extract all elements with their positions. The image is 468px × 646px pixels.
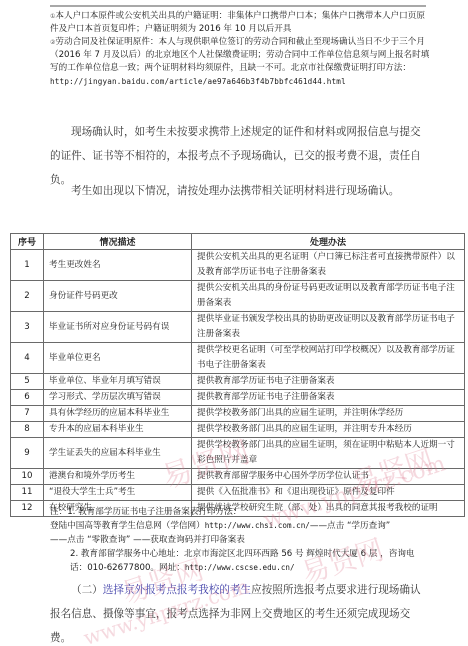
table-row: 2 身份证件号码更改 提供公安机关出具的身份证号码更改证明以及教育部学历证书电子… (11, 281, 465, 312)
table-row: 8 专升本的应届本科毕业生 提供学校教务部门出具的应届生证明，并注明专升本经历 (11, 422, 465, 438)
cell-description: 考生更改姓名 (44, 250, 192, 281)
note-1-prefix: 登陆中国高等教育学生信息网（学信网） (50, 521, 205, 531)
cell-method: 提供公安机关出具的更名证明（户口簿已标注者可直接携带原件）以及教育部学历证书电子… (192, 250, 465, 281)
cell-description: 具有休学经历的应届本科毕业生 (44, 406, 192, 422)
column-header-number: 序号 (11, 234, 44, 250)
table-row: 1 考生更改姓名 提供公安机关出具的更名证明（户口簿已标注者可直接携带原件）以及… (11, 250, 465, 281)
cell-number: 3 (11, 312, 44, 343)
cell-method: 提供教育部留学服务中心国外学历学位认证书 (192, 469, 465, 485)
table-notes: 注：1. 教育部学历证书电子注册备案表打印方法： 登陆中国高等教育学生信息网（学… (50, 505, 430, 575)
cell-number: 7 (11, 406, 44, 422)
cell-description: 身份证件号码更改 (44, 281, 192, 312)
cell-description: 专升本的应届本科毕业生 (44, 422, 192, 438)
cell-number: 10 (11, 469, 44, 485)
cell-number: 4 (11, 343, 44, 374)
cell-number: 2 (11, 281, 44, 312)
situations-table: 序号 情况描述 处理办法 1 考生更改姓名 提供公安机关出具的更名证明（户口簿已… (10, 233, 465, 517)
table-header-row: 序号 情况描述 处理办法 (11, 234, 465, 250)
table-row: 10 港澳台和境外学历考生 提供教育部留学服务中心国外学历学位认证书 (11, 469, 465, 485)
cell-number: 8 (11, 422, 44, 438)
cell-method: 提供毕业证书颁发学校出具的协助更改证明以及教育部学历证书电子注册备案表 (192, 312, 465, 343)
chsi-url-link[interactable]: http://www.chsi.com.cn/ (205, 521, 310, 530)
footnotes: ①本人户口本原件或公安机关出具的户籍证明：非集体户口携带户口本；集体户口携带本人… (50, 10, 430, 88)
column-header-description: 情况描述 (44, 234, 192, 250)
cell-method: 提供《入伍批准书》和《退出现役证》原件及复印件 (192, 485, 465, 501)
note-2: 2. 教育部留学服务中心地址：北京市海淀区北四环西路 56 号 辉煌时代大厦 6… (50, 547, 430, 575)
table-row: 7 具有休学经历的应届本科毕业生 提供学校教务部门出具的应届生证明，并注明休学经… (11, 406, 465, 422)
cell-method: 提供学校教务部门出具的应届生证明，并注明专升本经历 (192, 422, 465, 438)
paragraph-confirmation-rule: 现场确认时，如考生未按要求携带上述规定的证件和材料或网报信息与提交的证件、证书等… (50, 120, 430, 192)
cell-number: 5 (11, 374, 44, 390)
cell-method: 提供学校更名证明（可至学校网站打印学校概况）以及教育部学历证书电子注册备案表 (192, 343, 465, 374)
table-row: 11 “退役大学生士兵”考生 提供《入伍批准书》和《退出现役证》原件及复印件 (11, 485, 465, 501)
cell-number: 1 (11, 250, 44, 281)
section-number: （二） (71, 584, 103, 596)
highlighted-phrase: 选择京外报考点报考我校的考生 (103, 584, 251, 596)
cell-description: 学生证丢失的应届本科毕业生 (44, 438, 192, 469)
note-1-line-1: 登陆中国高等教育学生信息网（学信网）http://www.chsi.com.cn… (50, 519, 430, 533)
footnote-text-2: 劳动合同及社保证明原件：本人与现供职单位签订的劳动合同和截止至现场确认当日不少于… (50, 37, 429, 73)
cell-description: 港澳台和境外学历考生 (44, 469, 192, 485)
cell-description: “退役大学生士兵”考生 (44, 485, 192, 501)
cell-description: 毕业单位更名 (44, 343, 192, 374)
cell-number: 6 (11, 390, 44, 406)
cell-description: 毕业单位、毕业年月填写错误 (44, 374, 192, 390)
footnote-2: ②劳动合同及社保证明原件：本人与现供职单位签订的劳动合同和截止至现场确认当日不少… (50, 36, 430, 75)
note-1-line-2: ——点击 “零散查询” ——获取查询码并打印备案表 (50, 533, 430, 547)
cell-number: 11 (11, 485, 44, 501)
cell-method: 提供公安机关出具的身份证号码更改证明以及教育部学历证书电子注册备案表 (192, 281, 465, 312)
paragraph-table-intro: 考生如出现以下情况，请按处理办法携带相关证明材料进行现场确认。 (50, 184, 430, 198)
table-row: 9 学生证丢失的应届本科毕业生 提供学校教务部门出具的应届生证明，须在证明中粘贴… (11, 438, 465, 469)
cell-method: 提供教育部学历证书电子注册备案表 (192, 390, 465, 406)
cell-number: 12 (11, 501, 44, 517)
cell-number: 9 (11, 438, 44, 469)
footnote-url-link[interactable]: http://jingyan.baidu.com/article/ae97a64… (50, 75, 430, 88)
cell-method: 提供学校教务部门出具的应届生证明，须在证明中粘贴本人近期一寸彩色照片并盖章 (192, 438, 465, 469)
table-row: 5 毕业单位、毕业年月填写错误 提供教育部学历证书电子注册备案表 (11, 374, 465, 390)
footnote-text-1: 本人户口本原件或公安机关出具的户籍证明：非集体户口携带户口本；集体户口携带本人户… (50, 11, 425, 34)
table-row: 4 毕业单位更名 提供学校更名证明（可至学校网站打印学校概况）以及教育部学历证书… (11, 343, 465, 374)
paragraph-outside-beijing: （二）选择京外报考点报考我校的考生应按照所选报考点要求进行现场确认报名信息、摄像… (50, 578, 430, 646)
cscse-url-link[interactable]: http://www.cscse.edu.cn/ (185, 563, 295, 572)
footnote-1: ①本人户口本原件或公安机关出具的户籍证明：非集体户口携带户口本；集体户口携带本人… (50, 10, 430, 36)
note-1-suffix: ——点击 “学历查询” (310, 521, 390, 531)
cell-method: 提供教育部学历证书电子注册备案表 (192, 374, 465, 390)
column-header-method: 处理办法 (192, 234, 465, 250)
cell-description: 学习形式、学历层次填写错误 (44, 390, 192, 406)
table-row: 3 毕业证书所对应身份证号码有误 提供毕业证书颁发学校出具的协助更改证明以及教育… (11, 312, 465, 343)
top-divider-rule (50, 5, 426, 7)
cell-method: 提供学校教务部门出具的应届生证明，并注明休学经历 (192, 406, 465, 422)
cell-description: 毕业证书所对应身份证号码有误 (44, 312, 192, 343)
table-row: 6 学习形式、学历层次填写错误 提供教育部学历证书电子注册备案表 (11, 390, 465, 406)
note-1-title: 注：1. 教育部学历证书电子注册备案表打印方法： (50, 505, 430, 519)
